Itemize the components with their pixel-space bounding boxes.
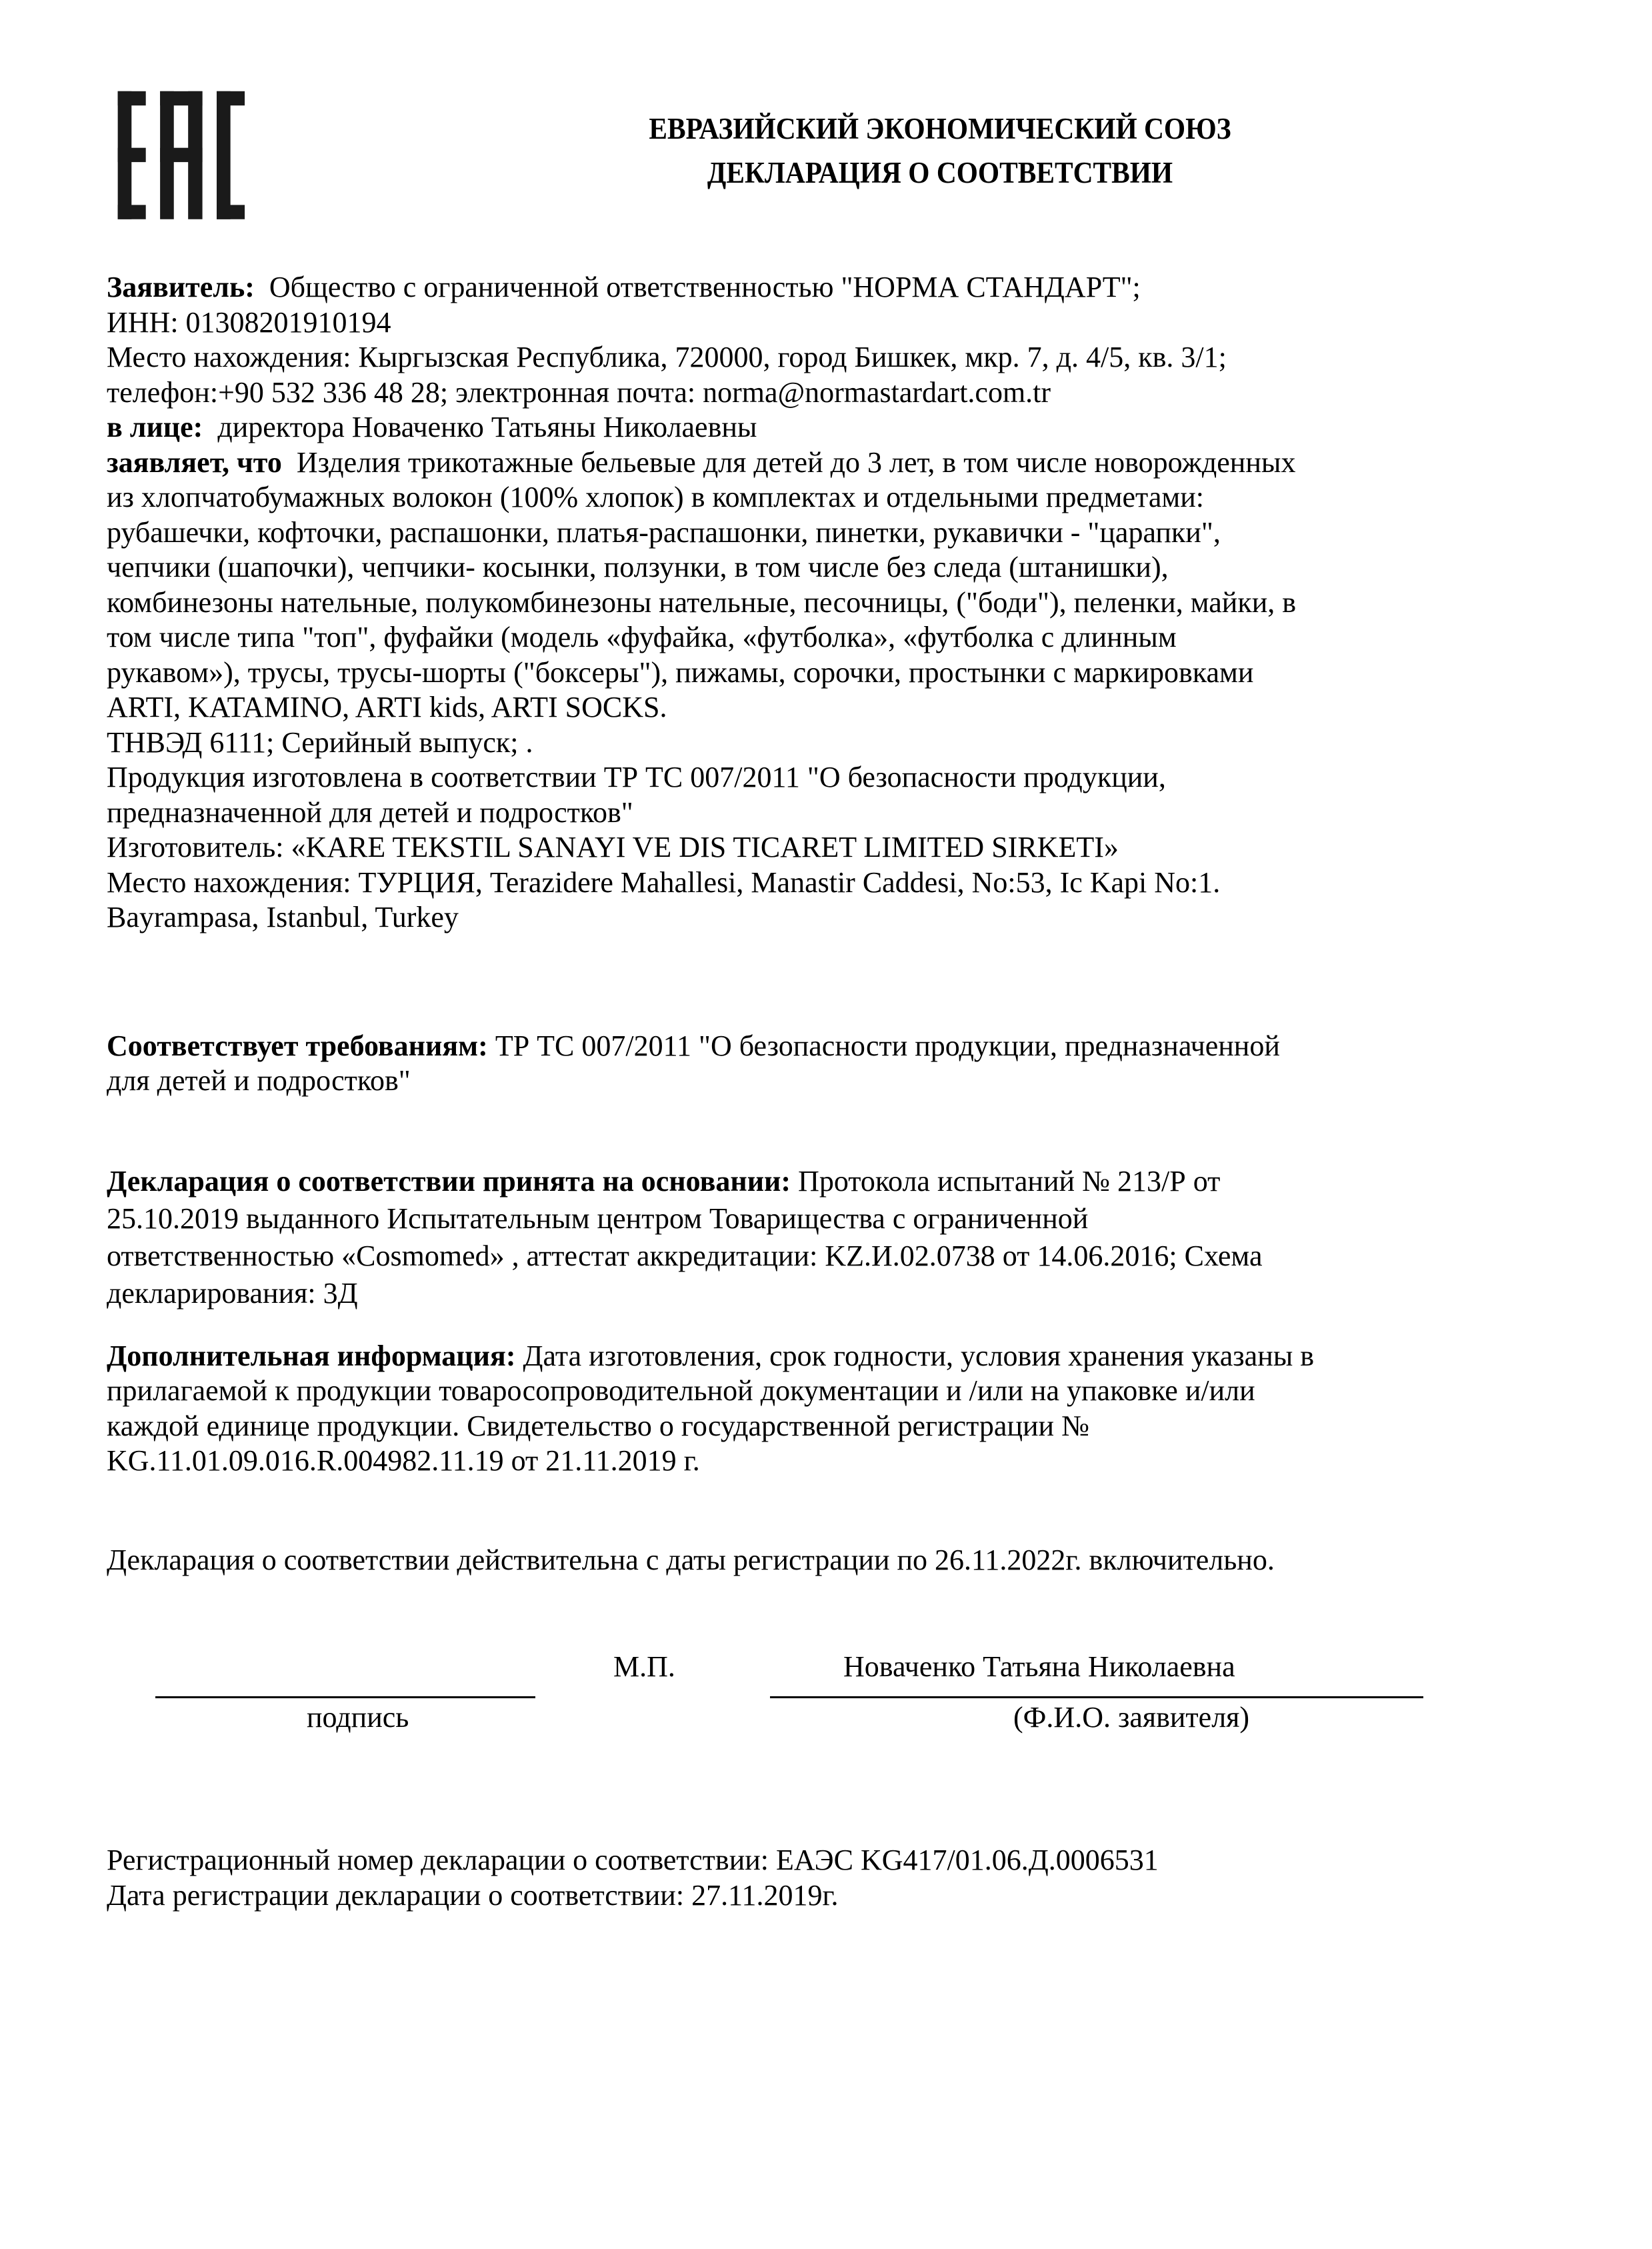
tnved-code: ТНВЭД 6111; Серийный выпуск; . <box>107 725 1540 761</box>
registration-number: Регистрационный номер декларации о соотв… <box>107 1843 1540 1878</box>
applicant-label: Заявитель: <box>107 271 255 303</box>
conformity-line: Соответствует требованиям: ТР ТС 007/201… <box>107 1029 1540 1064</box>
produced-according-line: предназначенной для детей и подростков" <box>107 795 1540 831</box>
document-header: ЕВРАЗИЙСКИЙ ЭКОНОМИЧЕСКИЙ СОЮЗ ДЕКЛАРАЦИ… <box>505 107 1375 195</box>
product-description-line: Изделия трикотажные бельевые для детей д… <box>297 446 1296 479</box>
applicant-contacts: телефон:+90 532 336 48 28; электронная п… <box>107 375 1540 411</box>
represented-label: в лице: <box>107 411 203 443</box>
represented-by: директора Новаченко Татьяны Николаевны <box>217 411 757 443</box>
signer-name: Новаченко Татьяна Николаевна <box>843 1650 1235 1685</box>
product-description-line: из хлопчатобумажных волокон (100% хлопок… <box>107 480 1540 515</box>
applicant-name: Общество с ограниченной ответственностью… <box>269 271 1141 303</box>
produced-according-line: Продукция изготовлена в соответствии ТР … <box>107 760 1540 795</box>
product-description-line: рубашечки, кофточки, распашонки, платья-… <box>107 515 1540 551</box>
additional-info-text-line: прилагаемой к продукции товаросопроводит… <box>107 1374 1540 1409</box>
basis-line: Декларация о соответствии принята на осн… <box>107 1163 1540 1200</box>
product-description-line: том числе типа "топ", фуфайки (модель «ф… <box>107 620 1540 655</box>
product-description-line: чепчики (шапочки), чепчики- косынки, пол… <box>107 550 1540 585</box>
basis-text-line: декларирования: 3Д <box>107 1275 1540 1312</box>
declares-line: заявляет, что Изделия трикотажные бельев… <box>107 445 1540 481</box>
manufacturer-address-line: Место нахождения: ТУРЦИЯ, Terazidere Mah… <box>107 865 1540 901</box>
stamp-placeholder: М.П. <box>613 1650 675 1685</box>
signature-line <box>155 1696 535 1698</box>
basis-text-line: 25.10.2019 выданного Испытательным центр… <box>107 1200 1540 1238</box>
validity-statement: Декларация о соответствии действительна … <box>107 1543 1540 1578</box>
document-title: ДЕКЛАРАЦИЯ О СООТВЕТСТВИИ <box>505 151 1375 195</box>
product-description-line: ARTI, KATAMINO, ARTI kids, ARTI SOCKS. <box>107 690 1540 725</box>
eac-mark-icon <box>107 75 265 235</box>
applicant-inn: ИНН: 01308201910194 <box>107 305 1540 341</box>
union-title: ЕВРАЗИЙСКИЙ ЭКОНОМИЧЕСКИЙ СОЮЗ <box>505 107 1375 151</box>
conformity-label: Соответствует требованиям: <box>107 1029 488 1062</box>
conformity-standard-cont: для детей и подростков" <box>107 1063 1540 1099</box>
declaration-body: Заявитель: Общество с ограниченной ответ… <box>107 270 1540 1913</box>
additional-info-text-line: каждой единице продукции. Свидетельство … <box>107 1409 1540 1444</box>
product-description-line: комбинезоны нательные, полукомбинезоны н… <box>107 585 1540 621</box>
eac-logo <box>107 75 265 235</box>
represented-line: в лице: директора Новаченко Татьяны Нико… <box>107 410 1540 445</box>
applicant-line: Заявитель: Общество с ограниченной ответ… <box>107 270 1540 305</box>
signature-label: подпись <box>307 1700 409 1736</box>
additional-info-text: Дата изготовления, срок годности, услови… <box>523 1340 1314 1372</box>
additional-info-label: Дополнительная информация: <box>107 1340 515 1372</box>
conformity-standard: ТР ТС 007/2011 "О безопасности продукции… <box>495 1029 1280 1062</box>
additional-info-line: Дополнительная информация: Дата изготовл… <box>107 1339 1540 1374</box>
registration-date: Дата регистрации декларации о соответств… <box>107 1878 1540 1914</box>
basis-text: Протокола испытаний № 213/Р от <box>798 1165 1220 1198</box>
applicant-address: Место нахождения: Кыргызская Республика,… <box>107 340 1540 375</box>
basis-label: Декларация о соответствии принята на осн… <box>107 1165 791 1198</box>
product-description-line: рукавом»), трусы, трусы-шорты ("боксеры"… <box>107 655 1540 691</box>
manufacturer-address-line: Bayrampasa, Istanbul, Turkey <box>107 900 1540 935</box>
additional-info-text-line: KG.11.01.09.016.R.004982.11.19 от 21.11.… <box>107 1444 1540 1479</box>
manufacturer: Изготовитель: «KARE TEKSTIL SANAYI VE DI… <box>107 830 1540 865</box>
signature-block: подпись М.П. Новаченко Татьяна Николаевн… <box>107 1650 1540 1730</box>
signer-name-line <box>770 1696 1423 1698</box>
declares-label: заявляет, что <box>107 446 282 479</box>
basis-text-line: ответственностью «Cosmomed» , аттестат а… <box>107 1238 1540 1275</box>
signer-label: (Ф.И.О. заявителя) <box>1013 1700 1249 1736</box>
